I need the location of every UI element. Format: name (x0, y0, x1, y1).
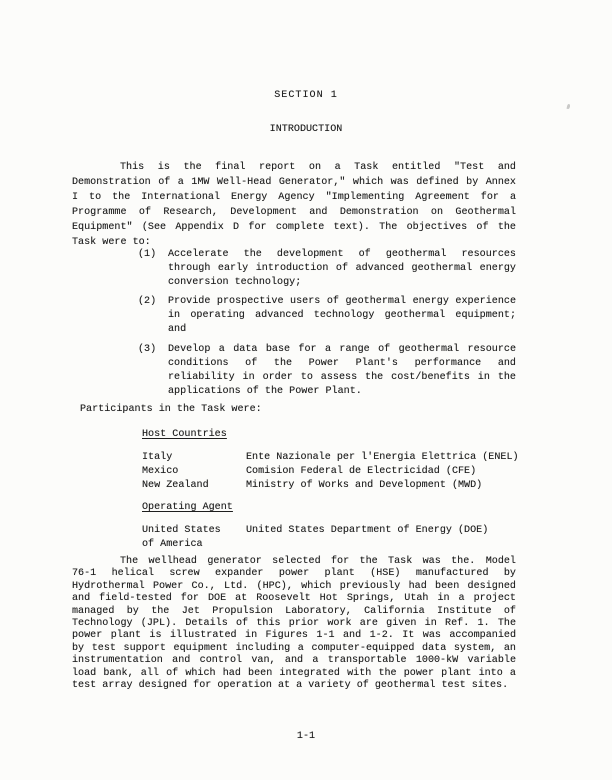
organization-cell: United States Department of Energy (DOE) (246, 524, 522, 538)
organization-cell: Ministry of Works and Development (MWD) (246, 479, 522, 493)
country-cell: New Zealand (142, 479, 246, 493)
document-page: SECTION 1 INTRODUCTION This is the final… (0, 0, 612, 780)
objective-item-2: (2) Provide prospective users of geother… (138, 295, 516, 337)
host-countries-table: Italy Ente Nazionale per l'Energia Elett… (142, 451, 522, 493)
objective-text: Develop a data base for a range of geoth… (168, 343, 516, 399)
objective-text: Accelerate the development of geothermal… (168, 248, 516, 290)
scan-artifact (567, 104, 571, 110)
operating-agent-table: United Statesof America United States De… (142, 524, 522, 552)
objectives-list: (1) Accelerate the development of geothe… (138, 248, 516, 399)
intro-paragraph: This is the final report on a Task entit… (72, 160, 516, 250)
country-cell: United Statesof America (142, 524, 246, 552)
table-row: New Zealand Ministry of Works and Develo… (142, 479, 522, 493)
host-countries-heading: Host Countries (142, 428, 227, 442)
table-row: Mexico Comision Federal de Electricidad … (142, 465, 522, 479)
objective-item-1: (1) Accelerate the development of geothe… (138, 248, 516, 290)
objective-marker: (2) (138, 295, 168, 337)
participants-lead-in: Participants in the Task were: (80, 403, 262, 417)
objective-marker: (3) (138, 343, 168, 399)
objective-item-3: (3) Develop a data base for a range of g… (138, 343, 516, 399)
country-cell: Italy (142, 451, 246, 465)
section-heading: SECTION 1 (0, 89, 612, 103)
page-number: 1-1 (0, 730, 612, 744)
table-row: Italy Ente Nazionale per l'Energia Elett… (142, 451, 522, 465)
objective-marker: (1) (138, 248, 168, 290)
organization-cell: Ente Nazionale per l'Energia Elettrica (… (246, 451, 522, 465)
page-title: INTRODUCTION (0, 123, 612, 137)
organization-cell: Comision Federal de Electricidad (CFE) (246, 465, 522, 479)
closing-paragraph: The wellhead generator selected for the … (72, 556, 516, 692)
operating-agent-heading: Operating Agent (142, 501, 233, 515)
country-cell: Mexico (142, 465, 246, 479)
table-row: United Statesof America United States De… (142, 524, 522, 552)
objective-text: Provide prospective users of geothermal … (168, 295, 516, 337)
